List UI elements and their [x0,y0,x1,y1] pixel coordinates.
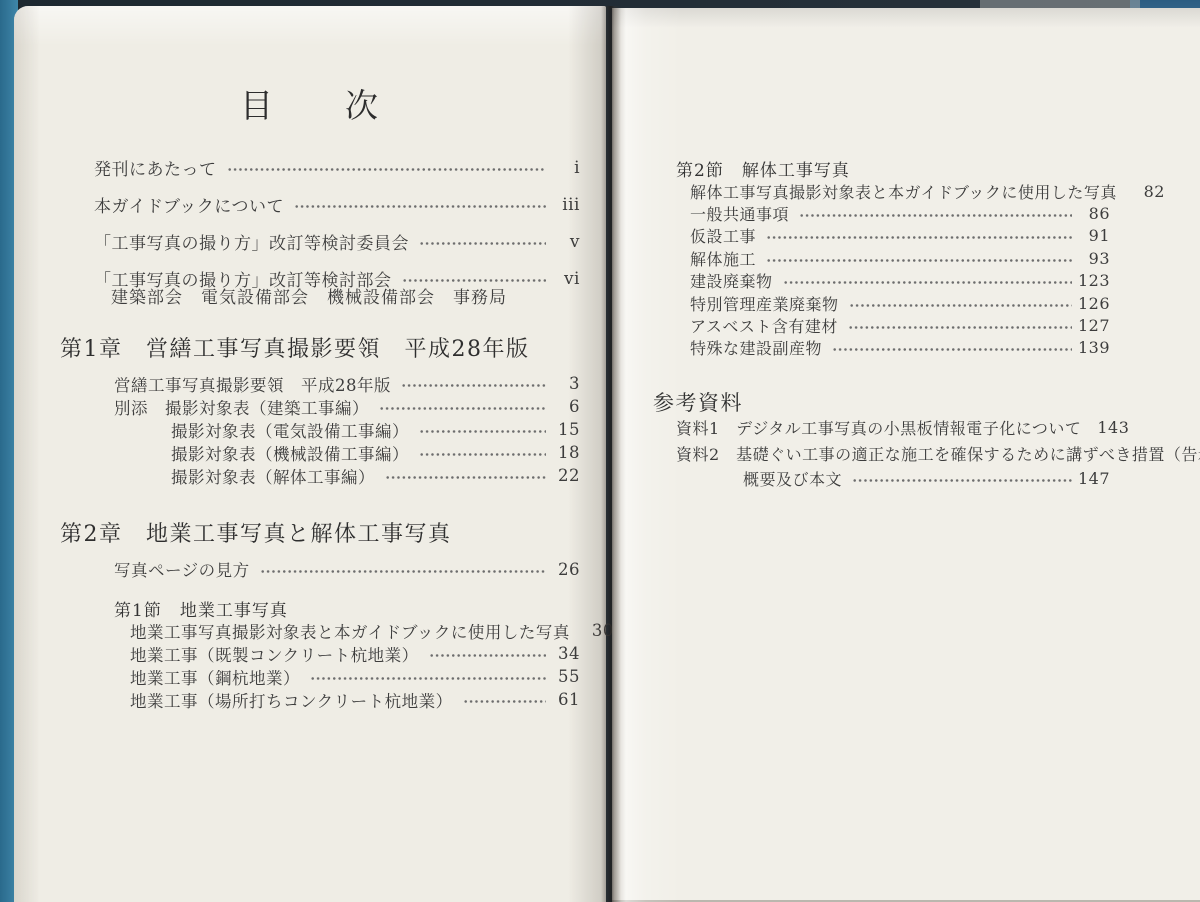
dot-leader [848,321,1072,334]
page-number: 93 [1074,249,1110,268]
toc-entry: 一般共通事項 86 [690,202,1110,224]
dot-leader [385,471,546,484]
left-page: 目 次 発刊にあたって i 本ガイドブックについて iii 「工事写真の撮り方」… [14,6,606,902]
page-number: 91 [1074,226,1110,245]
dot-leader [294,200,546,213]
entry-label: 資料1 デジタル工事写真の小黒板情報電子化について [676,416,1081,439]
toc-entry: 撮影対象表（機械設備工事編） 18 [114,441,580,464]
toc-entry: 地業工事（鋼杭地業） 55 [130,665,580,688]
toc-entry: 資料2 基礎ぐい工事の適正な施工を確保するために講ずべき措置（告示） [676,441,1110,467]
dot-leader [766,254,1072,267]
toc-entry: 別添 撮影対象表（建築工事編） 6 [114,395,580,418]
toc-title: 目 次 [14,80,606,127]
dot-leader [419,425,546,438]
toc-entry: 仮設工事 91 [690,225,1110,247]
toc-entry: 資料1 デジタル工事写真の小黒板情報電子化について 143 [676,415,1110,441]
page-number: 61 [548,690,580,709]
entry-label: 別添 撮影対象表（建築工事編） [114,395,369,419]
dot-leader [852,474,1072,487]
page-number: 86 [1074,204,1110,223]
entry-label: 概要及び本文 [676,467,842,490]
dot-leader [379,402,546,415]
book-photo: { "left_page": { "toc_title": "目 次", "fr… [0,0,1200,902]
dot-leader [766,231,1072,244]
entry-label: 特別管理産業廃棄物 [690,292,839,315]
page-number: 26 [548,560,580,579]
entry-label: 発刊にあたって [94,155,217,180]
entry-label: 地業工事写真撮影対象表と本ガイドブックに使用した写真 [130,619,570,643]
dot-leader [419,448,546,461]
entry-label: 資料2 基礎ぐい工事の適正な施工を確保するために講ずべき措置（告示） [676,442,1200,465]
committee-note: 建築部会 電気設備部会 機械設備部会 事務局 [111,283,507,308]
dot-leader [227,163,547,176]
dot-leader [310,672,546,685]
page-number: 6 [548,397,580,416]
page-number: 18 [548,443,580,462]
page-number: iii [548,195,580,215]
toc-entry: 撮影対象表（電気設備工事編） 15 [114,418,580,441]
page-number: i [548,158,580,178]
dot-leader [419,237,546,250]
entry-label: 仮設工事 [690,224,756,247]
page-number: 139 [1074,338,1110,357]
page-number: 143 [1093,418,1129,437]
toc-entry: アスベスト含有建材 127 [690,314,1110,336]
dot-leader [783,276,1072,289]
dot-leader [463,695,546,708]
front-matter-list: 発刊にあたって i 本ガイドブックについて iii 「工事写真の撮り方」改訂等検… [94,149,580,297]
page-number: 82 [1129,182,1165,201]
chapter1-heading: 第1章 営繕工事写真撮影要領 平成28年版 [60,332,530,363]
toc-entry: 写真ページの見方 26 [114,557,580,581]
dot-leader [849,299,1072,312]
page-number: 3 [548,374,580,393]
toc-entry: 「工事写真の撮り方」改訂等検討委員会 v [94,223,580,260]
chapter1-list: 営繕工事写真撮影要領 平成28年版 3 別添 撮影対象表（建築工事編） 6 撮影… [114,372,580,487]
chapter2-heading: 第2章 地業工事写真と解体工事写真 [60,517,452,548]
entry-label: アスベスト含有建材 [690,314,838,337]
page-number: 127 [1074,316,1110,335]
toc-entry: 地業工事写真撮影対象表と本ガイドブックに使用した写真 30 [130,619,580,642]
toc-entry: 特別管理産業廃棄物 126 [690,292,1110,314]
entry-label: 撮影対象表（解体工事編） [114,464,375,488]
entry-label: 解体工事写真撮影対象表と本ガイドブックに使用した写真 [690,180,1117,203]
entry-label: 特殊な建設副産物 [690,336,822,359]
page-number: v [548,232,580,252]
section2-heading: 第2節 解体工事写真 [676,156,850,181]
entry-label: 「工事写真の撮り方」改訂等検討委員会 [94,229,409,254]
chapter2-intro: 写真ページの見方 26 [114,557,580,581]
toc-entry: 撮影対象表（解体工事編） 22 [114,464,580,487]
entry-label: 地業工事（場所打ちコンクリート杭地業） [130,688,453,712]
entry-label: 撮影対象表（電気設備工事編） [114,418,409,442]
toc-entry: 発刊にあたって i [94,149,580,186]
dot-leader [799,209,1072,222]
toc-entry: 地業工事（場所打ちコンクリート杭地業） 61 [130,688,580,711]
book-gutter-shadow [601,6,621,902]
dot-leader [832,343,1072,356]
page-number: 34 [548,644,580,663]
dot-leader [429,649,546,662]
right-page: 第2節 解体工事写真 解体工事写真撮影対象表と本ガイドブックに使用した写真 82… [612,8,1200,902]
page-number: 123 [1074,271,1110,290]
entry-label: 本ガイドブックについて [94,192,284,217]
page-number: 22 [548,466,580,485]
entry-label: 地業工事（鋼杭地業） [130,665,300,689]
page-number: 147 [1074,469,1110,488]
page-number: vi [548,269,580,289]
entry-label: 地業工事（既製コンクリート杭地業） [130,642,419,666]
section1-heading: 第1節 地業工事写真 [114,596,288,621]
dot-leader [260,565,546,578]
toc-entry: 本ガイドブックについて iii [94,186,580,223]
entry-label: 解体施工 [690,247,756,270]
toc-entry: 解体施工 93 [690,247,1110,269]
entry-label: 営繕工事写真撮影要領 平成28年版 [114,372,391,396]
toc-entry: 営繕工事写真撮影要領 平成28年版 3 [114,372,580,395]
toc-entry: 概要及び本文 147 [676,466,1110,492]
toc-entry: 特殊な建設副産物 139 [690,337,1110,359]
page-number: 15 [548,420,580,439]
page-number: 55 [548,667,580,686]
entry-label: 撮影対象表（機械設備工事編） [114,441,409,465]
entry-label: 写真ページの見方 [114,557,250,581]
section1-list: 地業工事写真撮影対象表と本ガイドブックに使用した写真 30 地業工事（既製コンク… [130,619,580,711]
section2-list: 解体工事写真撮影対象表と本ガイドブックに使用した写真 82 一般共通事項 86 … [690,180,1110,359]
dot-leader [401,379,546,392]
page-number: 126 [1074,294,1110,313]
entry-label: 建設廃棄物 [690,269,773,292]
toc-entry: 建設廃棄物 123 [690,270,1110,292]
reference-list: 資料1 デジタル工事写真の小黒板情報電子化について 143 資料2 基礎ぐい工事… [676,415,1110,492]
reference-heading: 参考資料 [653,387,743,417]
toc-entry: 地業工事（既製コンクリート杭地業） 34 [130,642,580,665]
toc-entry: 解体工事写真撮影対象表と本ガイドブックに使用した写真 82 [690,180,1110,202]
entry-label: 一般共通事項 [690,202,789,225]
